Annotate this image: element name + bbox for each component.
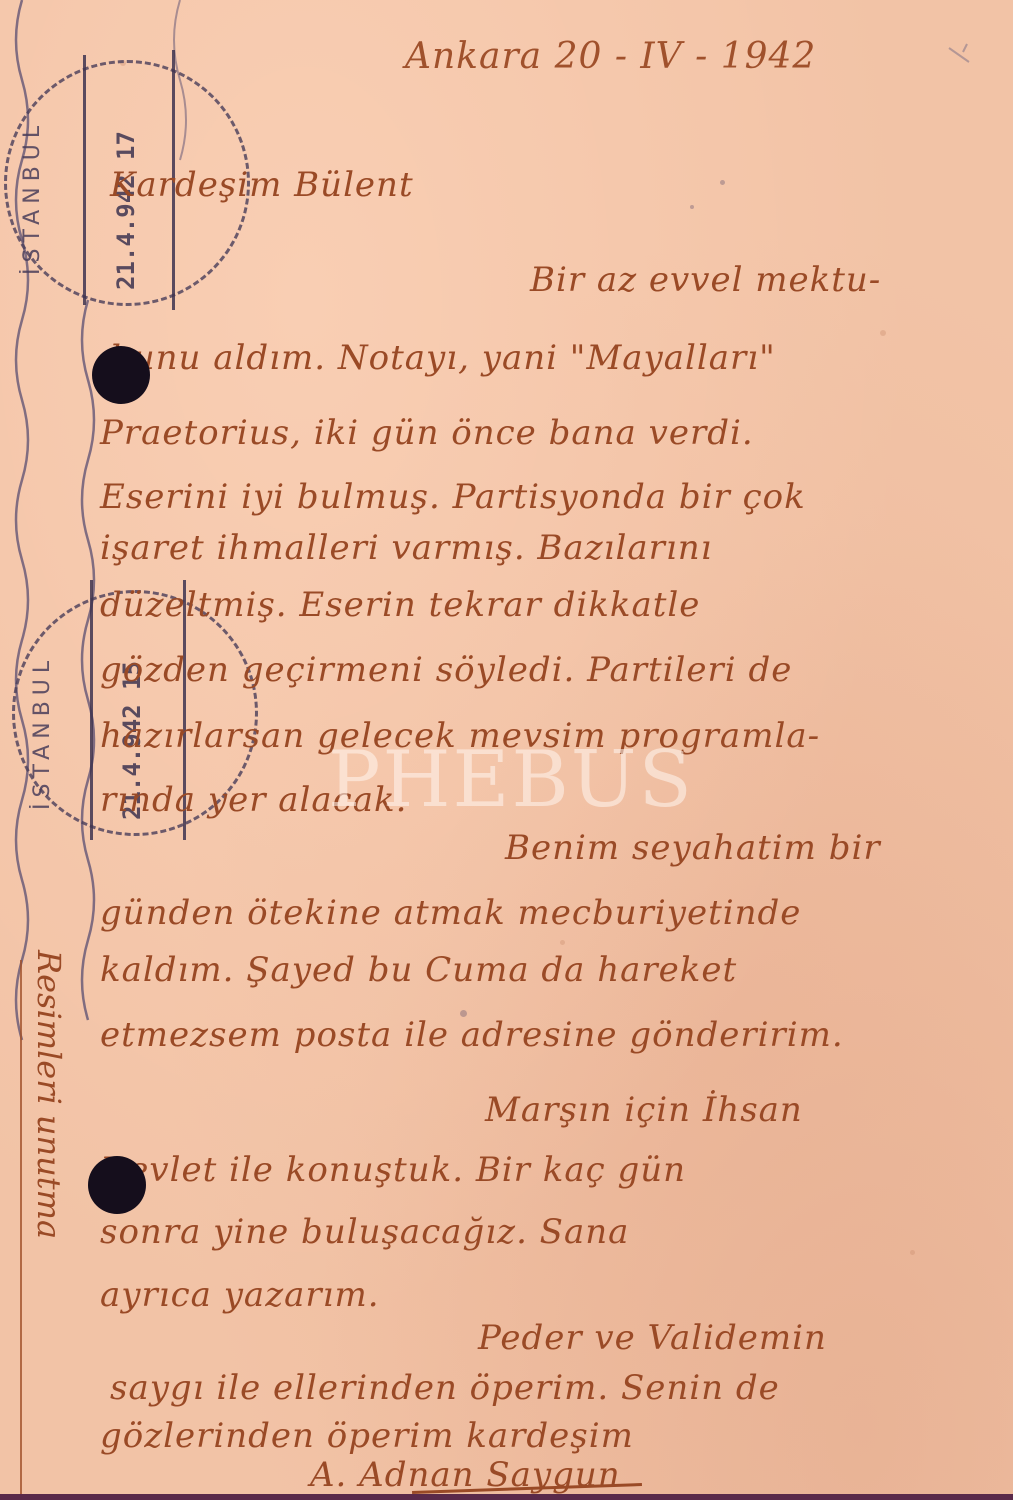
body-line: Praetorius, iki gün önce bana verdi. [100,413,754,453]
body-line: sonra yine buluşacağız. Sana [100,1212,629,1252]
scan-bottom-edge [0,1494,1013,1500]
margin-line [20,960,22,1500]
paper-speck [690,205,694,209]
punch-hole-bottom [88,1156,146,1214]
corner-mark-icon [945,40,975,70]
salutation: Kardeşim Bülent [110,165,414,205]
body-line: Devlet ile konuştuk. Bir kaç gün [100,1150,686,1190]
body-line: kaldım. Şayed bu Cuma da hareket [100,950,737,990]
postmark-bar [83,55,86,305]
body-line: Benim seyahatim bir [505,828,881,868]
paper-speck [910,1250,915,1255]
body-line: Eserini iyi bulmuş. Partisyonda bir çok [100,477,806,517]
body-line: Bir az evvel mektu- [530,260,881,300]
body-line: gözden geçirmeni söyledi. Partileri de [100,650,792,690]
watermark: PHEBUS [328,735,694,825]
place-date: Ankara 20 - IV - 1942 [405,36,816,77]
body-line: gözlerinden öperim kardeşim [100,1416,634,1456]
postmark-bar [90,580,93,840]
paper-speck [720,180,725,185]
paper-speck [880,330,886,336]
body-line: günden ötekine atmak mecburiyetinde [100,893,801,933]
postmark-date-1: 21.4.942 17 [112,131,140,290]
body-line: etmezsem posta ile adresine gönderirim. [100,1015,844,1055]
paper-speck [560,940,565,945]
postmark-city-1: İSTANBUL [20,120,45,275]
body-line: ayrıca yazarım. [100,1275,380,1315]
body-line: düzeltmiş. Eserin tekrar dikkatle [100,585,700,625]
punch-hole-top [92,346,150,404]
body-line: işaret ihmalleri varmış. Bazılarını [100,528,713,568]
margin-note: Resimleri unutma [30,950,68,1239]
letter-page: İSTANBUL 21.4.942 17 İSTANBUL 21.4.942 1… [0,0,1013,1500]
postmark-city-2: İSTANBUL [30,655,55,810]
body-line: Marşın için İhsan [485,1090,803,1130]
body-line: saygı ile ellerinden öperim. Senin de [110,1368,780,1408]
body-line: Peder ve Validemin [478,1318,827,1358]
body-line: bunu aldım. Notayı, yani "Mayalları" [110,338,776,378]
